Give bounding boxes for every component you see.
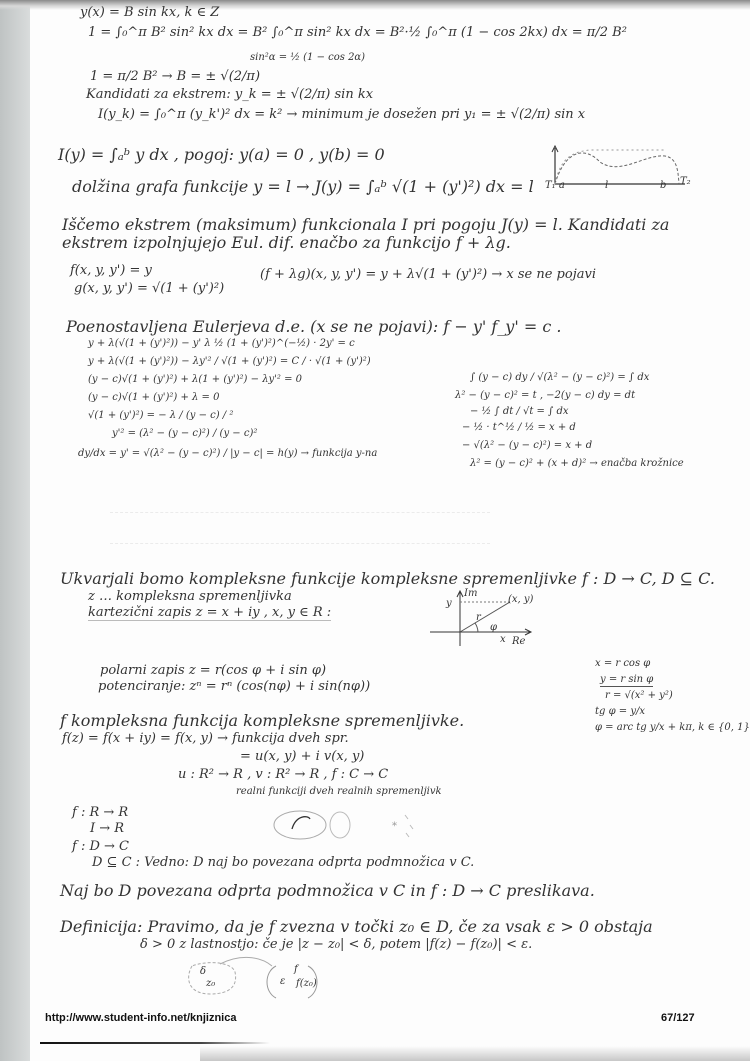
sketch-label: f [294, 964, 298, 976]
side-formula: x = r cos φ [595, 658, 650, 670]
note-line: dy/dx = y' = √(λ² − (y − c)²) / |y − c| … [78, 448, 377, 460]
note-line: f : D → C [72, 840, 129, 854]
note-line: y + λ(√(1 + (y')²)) − y' λ ½ (1 + (y')²)… [88, 338, 355, 350]
side-formula: r = √(x² + y²) [605, 690, 673, 702]
note-line: kartezični zapis z = x + iy , x, y ∈ R : [88, 606, 331, 621]
sketch-label: b [660, 180, 666, 192]
note-line: polarni zapis z = r(cos φ + i sin φ) [100, 664, 326, 678]
note-line: sin²α = ½ (1 − cos 2α) [250, 52, 365, 64]
sketch-label: T₁ a [545, 180, 565, 192]
note-line: (y − c)√(1 + (y')²) + λ = 0 [88, 392, 219, 404]
note-line: I(y) = ∫ₐᵇ y dx , pogoj: y(a) = 0 , y(b)… [58, 146, 385, 163]
note-line: y(x) = B sin kx, k ∈ Z [80, 6, 219, 20]
sketch-label: l [605, 180, 608, 192]
sketch-label: f(z₀) [296, 978, 317, 990]
note-line: y + λ(√(1 + (y')²)) − λy'² / √(1 + (y')²… [88, 356, 371, 368]
note-line: − √(λ² − (y − c)²) = x + d [462, 440, 592, 452]
side-formula: φ = arc tg y/x + kπ, k ∈ {0, 1} [595, 722, 750, 734]
note-line: Naj bo D povezana odprta podmnožica v C … [60, 882, 595, 899]
diagram-label: φ [490, 622, 497, 634]
scan-left-edge [0, 0, 30, 1061]
note-line: D ⊆ C : Vedno: D naj bo povezana odprta … [92, 856, 474, 870]
footer-url[interactable]: http://www.student-info.net/knjiznica [45, 1012, 236, 1024]
note-line: f : R → R [72, 806, 128, 820]
note-line: y'² = (λ² − (y − c)²) / (y − c)² [112, 428, 257, 440]
note-line: √(1 + (y')²) = − λ / (y − c) / ² [88, 410, 233, 422]
note-line: ekstrem izpolnjujejo Eul. dif. enačbo za… [62, 234, 511, 251]
sketch-label: T₂ [680, 176, 691, 188]
note-line: potenciranje: zⁿ = rⁿ (cos(nφ) + i sin(n… [98, 680, 370, 694]
note-line: f(x, y, y') = y [70, 264, 152, 278]
note-line: δ > 0 z lastnostjo: če je |z − z₀| < δ, … [140, 938, 532, 952]
svg-text:*: * [392, 821, 397, 832]
note-line: f kompleksna funkcija kompleksne spremen… [60, 712, 464, 729]
page-number: 67/127 [661, 1012, 695, 1024]
note-line: Iščemo ekstrem (maksimum) funkcionala I … [62, 216, 669, 233]
note-line: Poenostavljena Eulerjeva d.e. (x se ne p… [66, 318, 561, 335]
note-line: I(y_k) = ∫₀^π (y_k')² dx = k² → minimum … [98, 108, 585, 122]
note-line: f(z) = f(x + iy) = f(x, y) → funkcija dv… [62, 732, 349, 746]
note-line: Ukvarjali bomo kompleksne funkcije kompl… [60, 570, 715, 587]
note-line: z … kompleksna spremenljivka [88, 590, 292, 604]
note-line: = u(x, y) + i v(x, y) [240, 750, 364, 764]
diagram-label: (x, y) [508, 594, 533, 606]
note-line: Kandidati za ekstrem: y_k = ± √(2/π) sin… [86, 88, 373, 102]
note-line: ∫ (y − c) dy / √(λ² − (y − c)²) = ∫ dx [470, 372, 649, 384]
note-line: (f + λg)(x, y, y') = y + λ√(1 + (y')²) →… [260, 268, 596, 282]
bleed-through-text [110, 512, 490, 544]
note-line: (y − c)√(1 + (y')²) + λ(1 + (y')²) − λy'… [88, 374, 302, 386]
domain-doodle: * [260, 805, 430, 845]
note-line: I → R [90, 822, 124, 836]
note-line: dolžina grafa funkcije y = l → J(y) = ∫ₐ… [72, 178, 534, 195]
note-line: 1 = π/2 B² → B = ± √(2/π) [90, 70, 260, 84]
note-line: 1 = ∫₀^π B² sin² kx dx = B² ∫₀^π sin² kx… [88, 26, 627, 40]
diagram-label: y [446, 598, 452, 610]
scan-bottom-edge [200, 1046, 750, 1061]
side-formula: y = r sin φ [600, 674, 653, 687]
note-line: u : R² → R , v : R² → R , f : C → C [178, 768, 388, 782]
footer-rule [40, 1042, 270, 1044]
diagram-label: Im [464, 588, 477, 600]
sketch-label: ε [280, 976, 285, 988]
diagram-label: Re [512, 636, 525, 648]
note-line: g(x, y, y') = √(1 + (y')²) [74, 282, 224, 296]
sketch-label: z₀ [206, 978, 215, 990]
note-line: − ½ · t^½ / ½ = x + d [462, 422, 576, 434]
side-formula: tg φ = y/x [595, 706, 645, 718]
note-line: λ² = (y − c)² + (x + d)² → enačba krožni… [470, 458, 684, 470]
note-line: Definicija: Pravimo, da je f zvezna v to… [60, 918, 653, 935]
sketch-label: δ [200, 966, 206, 978]
diagram-label: x [500, 634, 506, 646]
note-line: λ² − (y − c)² = t , −2(y − c) dy = dt [455, 390, 635, 402]
curve-sketch [545, 140, 695, 195]
note-line: realni funkciji dveh realnih spremenljiv… [236, 786, 442, 798]
diagram-label: r [476, 612, 481, 624]
note-line: − ½ ∫ dt / √t = ∫ dx [470, 406, 569, 418]
